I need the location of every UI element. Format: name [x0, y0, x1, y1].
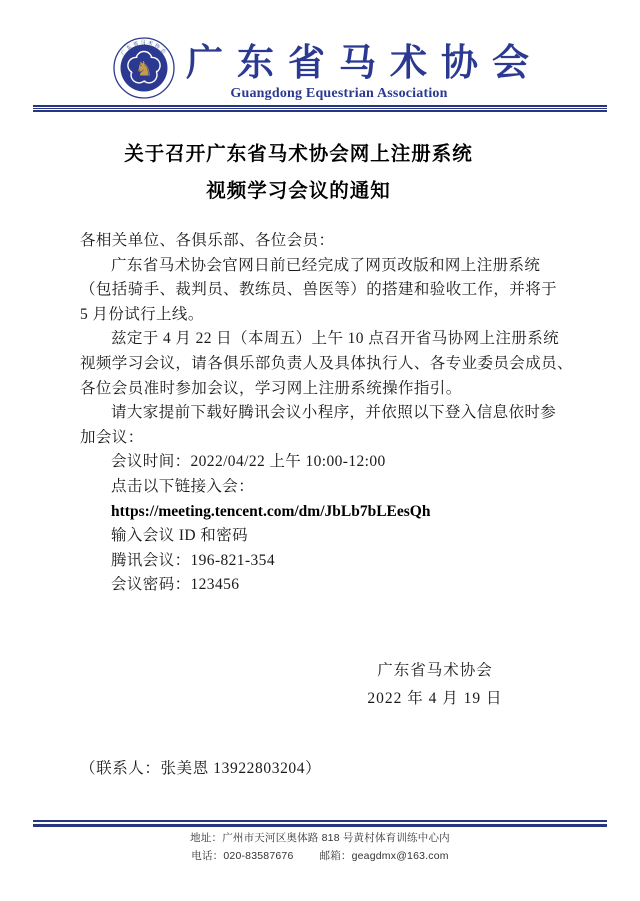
- meeting-link[interactable]: https://meeting.tencent.com/dm/JbLb7bLEe…: [80, 500, 582, 525]
- body-line: 加会议：: [80, 426, 582, 451]
- org-name-chinese: 广东省马术协会: [186, 45, 543, 82]
- notice-title-line1: 关于召开广东省马术协会网上注册系统: [30, 136, 567, 173]
- notice-page: 广东省马术协会 GUANGDONG EQUESTRIAN ASSOCIATION…: [0, 0, 640, 901]
- meeting-password-line: 会议密码：123456: [80, 573, 582, 598]
- footer-phone: 电话：020-83587676: [191, 850, 293, 862]
- body-line: 请大家提前下载好腾讯会议小程序，并依照以下登入信息依时参: [80, 401, 582, 426]
- body-line: 视频学习会议，请各俱乐部负责人及具体执行人、各专业委员会成员、: [80, 352, 582, 377]
- org-name-english: Guangdong Equestrian Association: [186, 86, 492, 102]
- footer-divider: [33, 820, 607, 827]
- header-divider: [33, 105, 607, 112]
- meeting-id-hint-line: 输入会议 ID 和密码: [80, 524, 582, 549]
- body-line: 兹定于 4 月 22 日（本周五）上午 10 点召开省马协网上注册系统: [80, 327, 582, 352]
- signature-date: 2022 年 4 月 19 日: [335, 685, 535, 713]
- body-line: 5 月份试行上线。: [80, 303, 582, 328]
- meeting-time-line: 会议时间：2022/04/22 上午 10:00-12:00: [80, 450, 582, 475]
- association-logo: 广东省马术协会 GUANGDONG EQUESTRIAN ASSOCIATION…: [112, 36, 176, 100]
- body-line: 广东省马术协会官网日前已经完成了网页改版和网上注册系统: [80, 254, 582, 279]
- body-line: （包括骑手、裁判员、教练员、兽医等）的搭建和验收工作，并将于: [80, 278, 582, 303]
- contact-line: （联系人：张美恩 13922803204）: [80, 756, 321, 778]
- notice-title: 关于召开广东省马术协会网上注册系统 视频学习会议的通知: [30, 136, 567, 210]
- signature-org: 广东省马术协会: [335, 657, 535, 685]
- meeting-id-line: 腾讯会议：196-821-354: [80, 549, 582, 574]
- footer-address: 地址：广州市天河区奥体路 818 号黄村体育训练中心内: [0, 830, 640, 848]
- notice-title-line2: 视频学习会议的通知: [30, 173, 567, 210]
- notice-body: 各相关单位、各俱乐部、各位会员： 广东省马术协会官网日前已经完成了网页改版和网上…: [80, 229, 582, 598]
- golden-horse-icon: ♞: [135, 59, 153, 81]
- body-line: 各位会员准时参加会议，学习网上注册系统操作指引。: [80, 377, 582, 402]
- salutation-line: 各相关单位、各俱乐部、各位会员：: [80, 229, 582, 254]
- footer: 地址：广州市天河区奥体路 818 号黄村体育训练中心内 电话：020-83587…: [0, 830, 640, 865]
- join-link-label-line: 点击以下链接入会：: [80, 475, 582, 500]
- signature-block: 广东省马术协会 2022 年 4 月 19 日: [335, 657, 535, 712]
- footer-email: 邮箱：geagdmx@163.com: [320, 850, 449, 862]
- footer-contacts: 电话：020-83587676邮箱：geagdmx@163.com: [0, 848, 640, 866]
